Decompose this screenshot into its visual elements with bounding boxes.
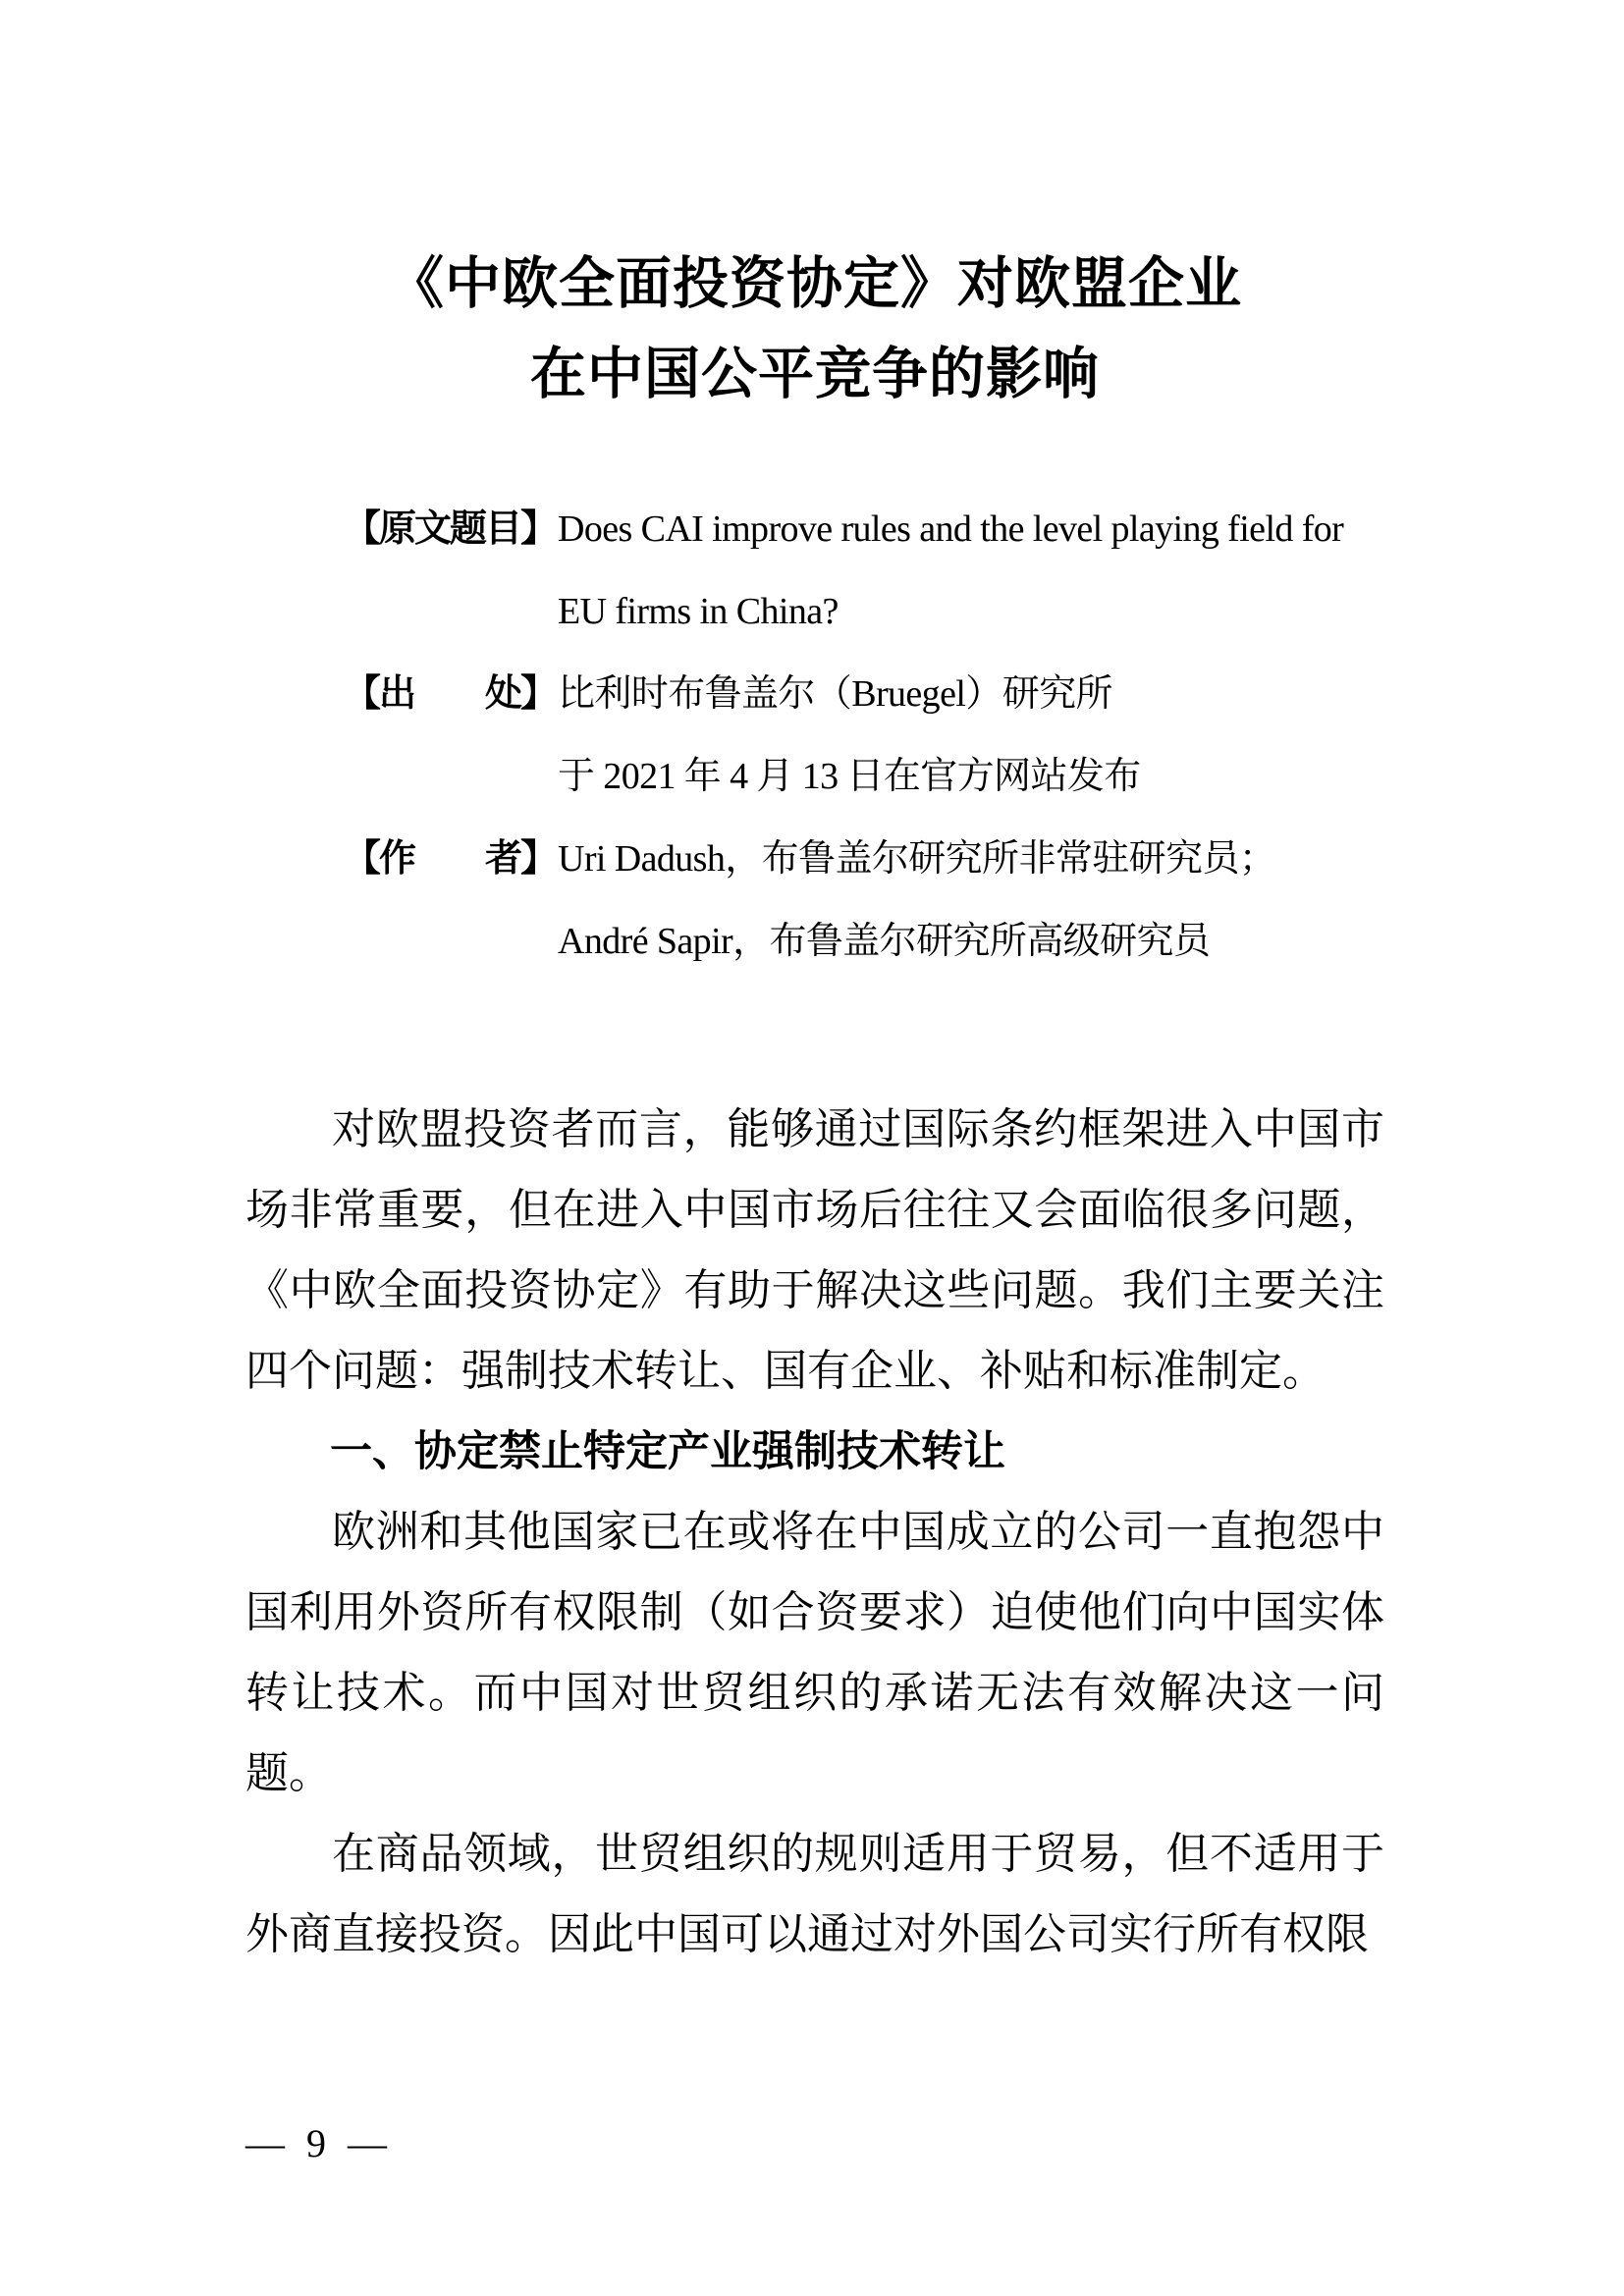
meta-label-authors: 【作 者】: [344, 818, 558, 900]
body-block: 对欧盟投资者而言，能够通过国际条约框架进入中国市场非常重要，但在进入中国市场后往…: [245, 1090, 1384, 1975]
page-title-line1: 《中欧全面投资协定》对欧盟企业: [388, 253, 1242, 315]
page-number: — 9 —: [245, 2112, 393, 2175]
meta-content-original-title: Does CAI improve rules and the level pla…: [558, 488, 1384, 653]
meta-item-authors: 【作 者】 Uri Dadush，布鲁盖尔研究所非常驻研究员； André Sa…: [344, 818, 1384, 983]
meta-item-source: 【出 处】 比利时布鲁盖尔（Bruegel）研究所 于 2021 年 4 月 1…: [344, 653, 1384, 818]
meta-original-title-line1: Does CAI improve rules and the level pla…: [558, 508, 1343, 550]
meta-item-original-title: 【原文题目】 Does CAI improve rules and the le…: [344, 488, 1384, 653]
meta-authors-line1: Uri Dadush，布鲁盖尔研究所非常驻研究员；: [558, 838, 1275, 880]
page-title: 《中欧全面投资协定》对欧盟企业 在中国公平竞争的影响: [245, 240, 1384, 420]
meta-source-line1: 比利时布鲁盖尔（Bruegel）研究所: [558, 673, 1112, 715]
body-paragraph-2: 欧洲和其他国家已在或将在中国成立的公司一直抱怨中国利用外资所有权限制（如合资要求…: [245, 1492, 1384, 1814]
body-paragraph-1: 对欧盟投资者而言，能够通过国际条约框架进入中国市场非常重要，但在进入中国市场后往…: [245, 1090, 1384, 1412]
page-title-line2: 在中国公平竞争的影响: [530, 344, 1100, 405]
document-page: 《中欧全面投资协定》对欧盟企业 在中国公平竞争的影响 【原文题目】 Does C…: [0, 0, 1624, 2296]
meta-content-authors: Uri Dadush，布鲁盖尔研究所非常驻研究员； André Sapir，布鲁…: [558, 818, 1384, 983]
meta-label-source: 【出 处】: [344, 653, 558, 735]
meta-authors-line2: André Sapir，布鲁盖尔研究所高级研究员: [558, 921, 1210, 962]
meta-block: 【原文题目】 Does CAI improve rules and the le…: [344, 488, 1384, 983]
meta-source-line2: 于 2021 年 4 月 13 日在官方网站发布: [558, 756, 1141, 797]
body-paragraph-3: 在商品领域，世贸组织的规则适用于贸易，但不适用于外商直接投资。因此中国可以通过对…: [245, 1814, 1384, 1975]
meta-label-original-title: 【原文题目】: [344, 488, 558, 570]
meta-content-source: 比利时布鲁盖尔（Bruegel）研究所 于 2021 年 4 月 13 日在官方…: [558, 653, 1384, 818]
section-heading-1: 一、协定禁止特定产业强制技术转让: [245, 1412, 1384, 1492]
meta-original-title-line2: EU firms in China?: [558, 591, 839, 632]
page-content: 《中欧全面投资协定》对欧盟企业 在中国公平竞争的影响 【原文题目】 Does C…: [245, 0, 1384, 1975]
